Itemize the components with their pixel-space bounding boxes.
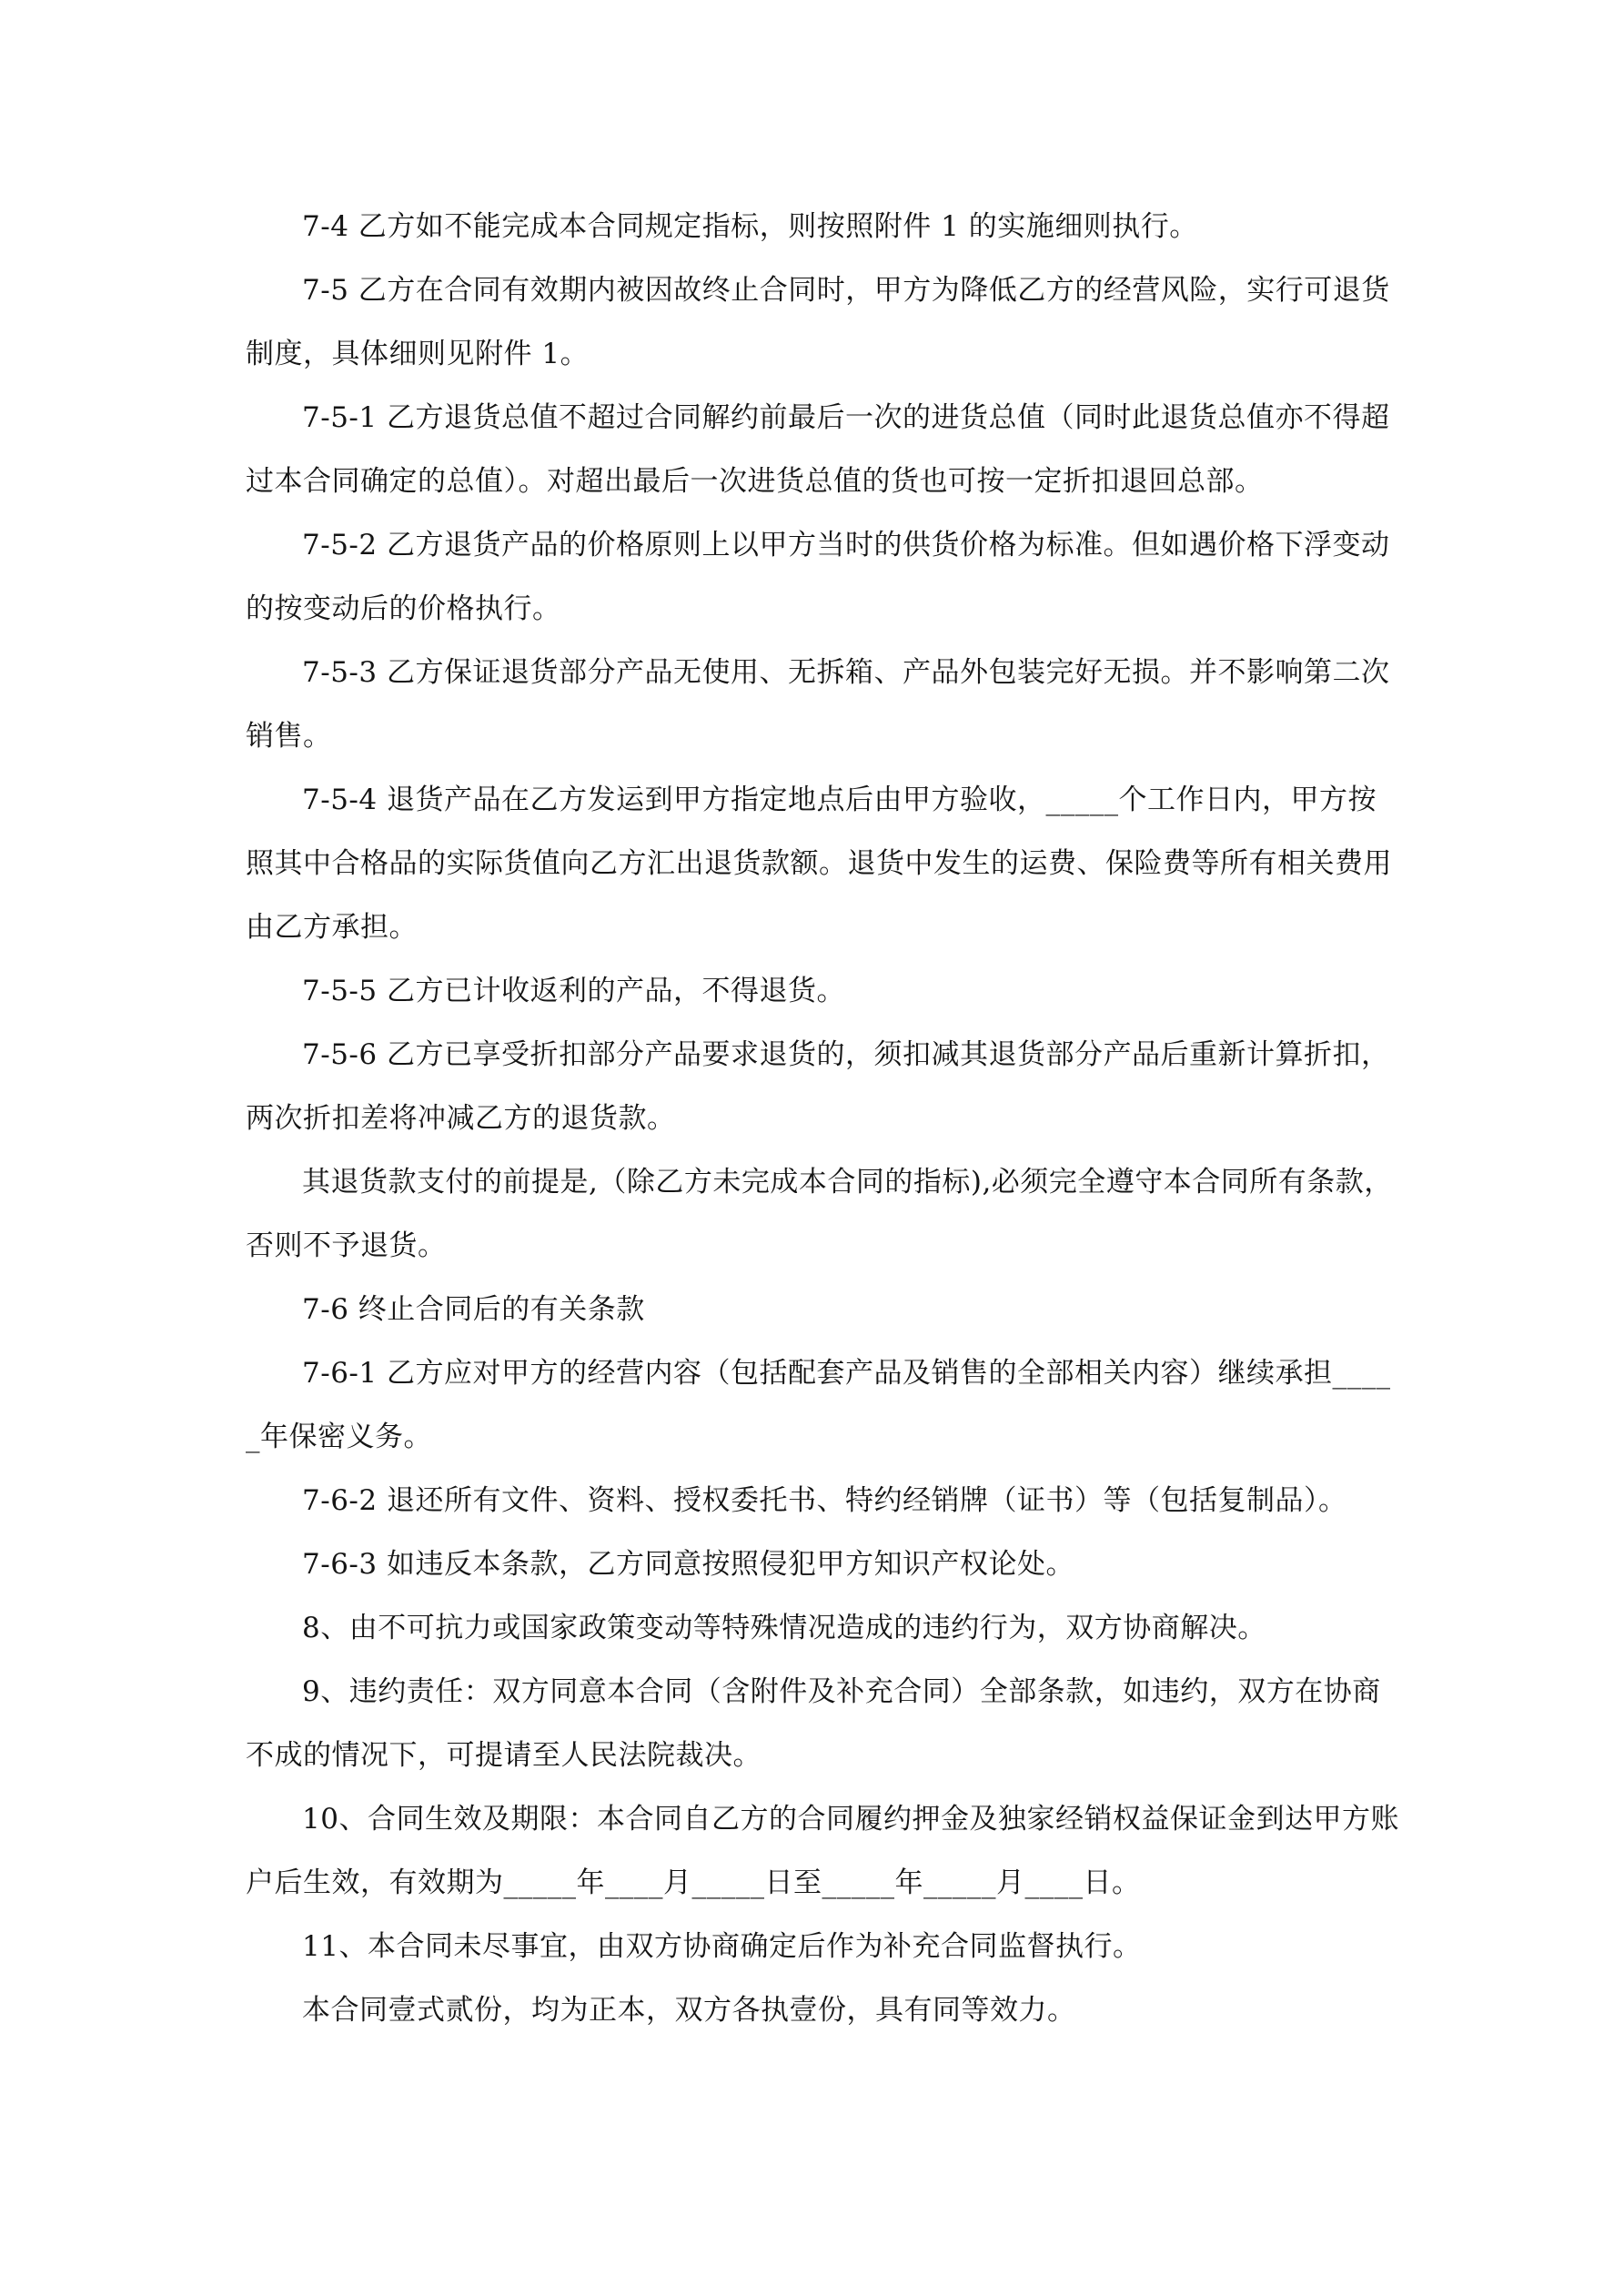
clause-10-cont: 户后生效，有效期为_____年____月_____日至_____年_____月_… [246, 1851, 1392, 1915]
refund-precondition-cont: 否则不予退货。 [246, 1214, 1392, 1278]
clause-7-6-3: 7-6-3 如违反本条款，乙方同意按照侵犯甲方知识产权论处。 [246, 1532, 1392, 1596]
clause-7-5-1-cont: 过本合同确定的总值）。对超出最后一次进货总值的货也可按一定折扣退回总部。 [246, 450, 1392, 513]
clause-7-4: 7-4 乙方如不能完成本合同规定指标，则按照附件 1 的实施细则执行。 [246, 195, 1392, 258]
clause-7-5-4-cont-2: 由乙方承担。 [246, 895, 1392, 959]
clause-10: 10、合同生效及期限：本合同自乙方的合同履约押金及独家经销权益保证金到达甲方账 [246, 1787, 1392, 1851]
clause-7-6: 7-6 终止合同后的有关条款 [246, 1278, 1392, 1341]
refund-precondition: 其退货款支付的前提是,（除乙方未完成本合同的指标),必须完全遵守本合同所有条款， [246, 1150, 1392, 1214]
clause-7-6-2: 7-6-2 退还所有文件、资料、授权委托书、特约经销牌（证书）等（包括复制品）。 [246, 1469, 1392, 1532]
clause-7-5-4-cont-1: 照其中合格品的实际货值向乙方汇出退货款额。退货中发生的运费、保险费等所有相关费用 [246, 832, 1392, 895]
clause-7-5-3-cont: 销售。 [246, 704, 1392, 768]
clause-7-6-1-cont: _年保密义务。 [246, 1405, 1392, 1469]
contract-page: 7-4 乙方如不能完成本合同规定指标，则按照附件 1 的实施细则执行。 7-5 … [246, 195, 1392, 2042]
clause-7-5-6: 7-5-6 乙方已享受折扣部分产品要求退货的，须扣减其退货部分产品后重新计算折扣… [246, 1023, 1392, 1087]
clause-7-5: 7-5 乙方在合同有效期内被因故终止合同时，甲方为降低乙方的经营风险，实行可退货 [246, 258, 1392, 322]
clause-7-5-3: 7-5-3 乙方保证退货部分产品无使用、无拆箱、产品外包装完好无损。并不影响第二… [246, 641, 1392, 704]
clause-11: 11、本合同未尽事宜，由双方协商确定后作为补充合同监督执行。 [246, 1915, 1392, 1978]
clause-7-6-1: 7-6-1 乙方应对甲方的经营内容（包括配套产品及销售的全部相关内容）继续承担_… [246, 1341, 1392, 1405]
clause-7-5-1: 7-5-1 乙方退货总值不超过合同解约前最后一次的进货总值（同时此退货总值亦不得… [246, 386, 1392, 450]
clause-8: 8、由不可抗力或国家政策变动等特殊情况造成的违约行为，双方协商解决。 [246, 1596, 1392, 1660]
clause-9-cont: 不成的情况下，可提请至人民法院裁决。 [246, 1724, 1392, 1787]
clause-7-5-cont: 制度，具体细则见附件 1。 [246, 322, 1392, 386]
clause-7-5-2: 7-5-2 乙方退货产品的价格原则上以甲方当时的供货价格为标准。但如遇价格下浮变… [246, 513, 1392, 577]
clause-7-5-5: 7-5-5 乙方已计收返利的产品，不得退货。 [246, 959, 1392, 1023]
closing-statement: 本合同壹式贰份，均为正本，双方各执壹份，具有同等效力。 [246, 1978, 1392, 2042]
clause-9: 9、违约责任：双方同意本合同（含附件及补充合同）全部条款，如违约，双方在协商 [246, 1660, 1392, 1724]
clause-7-5-2-cont: 的按变动后的价格执行。 [246, 577, 1392, 641]
clause-7-5-4: 7-5-4 退货产品在乙方发运到甲方指定地点后由甲方验收，_____个工作日内，… [246, 768, 1392, 832]
clause-7-5-6-cont: 两次折扣差将冲减乙方的退货款。 [246, 1087, 1392, 1150]
